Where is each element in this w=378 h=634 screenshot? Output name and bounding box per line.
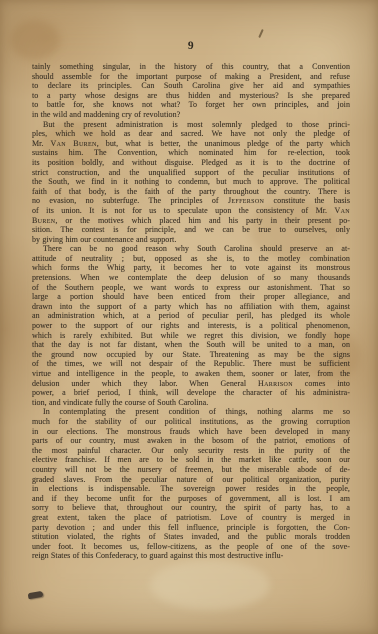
- text-line: in elections is indispensable. The sover…: [32, 484, 350, 494]
- text-line: to battle for, she knows not what? To fo…: [32, 100, 350, 110]
- text-line: attitude of neutrality ; but, opposed as…: [32, 254, 350, 264]
- text-line: in our elections. The monstrous frauds w…: [32, 427, 350, 437]
- text-line: sition. The contest is for principle, an…: [32, 225, 350, 235]
- text-line: sorry to believe that, throughout our co…: [32, 503, 350, 513]
- page-number: 9: [32, 40, 350, 52]
- text-line: delusion under which they labor. When Ge…: [32, 379, 350, 389]
- text-line: that the day is not far distant, when th…: [32, 340, 350, 350]
- text-line: There can be no good reason why South Ca…: [32, 244, 350, 254]
- ink-smudge: [28, 591, 44, 600]
- text-line: much for the stability of our political …: [32, 417, 350, 427]
- text-line: which forms the Whig party, it becomes h…: [32, 263, 350, 273]
- text-line: an administration which, at a period of …: [32, 311, 350, 321]
- text-line: to declare its principles. Can South Car…: [32, 81, 350, 91]
- text-line: graded slaves. From the peculiar nature …: [32, 475, 350, 485]
- text-line: faith of that body, is the faith of the …: [32, 187, 350, 197]
- text-line: of the Southern people, we want words to…: [32, 283, 350, 293]
- text-line: tion, and vindicate fully the course of …: [32, 398, 350, 408]
- text-line: sustains him. The Convention, which nomi…: [32, 148, 350, 158]
- text-line: great extent, taken the place of patriot…: [32, 513, 350, 523]
- text-line: elective franchise. If men are to be sol…: [32, 455, 350, 465]
- text-line: and if they become unfit for the purpose…: [32, 494, 350, 504]
- text-line: which is rarely exhibited. But while we …: [32, 331, 350, 341]
- text-line: the most painful character. Our only sec…: [32, 446, 350, 456]
- text-line: party devotion ; and under this fell inf…: [32, 523, 350, 533]
- text-line: But the present administration is most s…: [32, 120, 350, 130]
- text-line: tainly something singular, in the histor…: [32, 62, 350, 72]
- paragraph: tainly something singular, in the histor…: [32, 62, 350, 120]
- text-line: large a portion should have been enticed…: [32, 292, 350, 302]
- page-text: tainly something singular, in the histor…: [32, 62, 350, 561]
- text-line: of the times, we will not despair of the…: [32, 359, 350, 369]
- paragraph: In contemplating the present condition o…: [32, 407, 350, 561]
- text-line: virtue and intelligence in the people, t…: [32, 369, 350, 379]
- text-line: Buren, or the motives which placed him a…: [32, 216, 350, 226]
- document-page: 9 tainly something singular, in the hist…: [0, 0, 378, 634]
- text-line: no evasion, no subterfuge. The principle…: [32, 196, 350, 206]
- text-line: of its union. It is not for us to specul…: [32, 206, 350, 216]
- text-line: to a party whose designs are thus hidden…: [32, 91, 350, 101]
- text-line: country will not be the nursery of freem…: [32, 465, 350, 475]
- text-line: stitution violated, the rights of States…: [32, 532, 350, 542]
- text-line: under foot. It becomes us, fellow-citize…: [32, 542, 350, 552]
- text-line: pretensions. When we contemplate the dee…: [32, 273, 350, 283]
- text-line: should assemble for the important purpos…: [32, 72, 350, 82]
- text-line: power to the support of our rights and i…: [32, 321, 350, 331]
- text-line: parts of our country, must awaken in the…: [32, 436, 350, 446]
- text-line: Mr. Van Buren, but, what is better, the …: [32, 139, 350, 149]
- text-line: reign States of this Confederacy, to gua…: [32, 551, 350, 561]
- text-line: strict construction, and the unqualified…: [32, 168, 350, 178]
- paragraph: There can be no good reason why South Ca…: [32, 244, 350, 407]
- text-line: by giving him our countenance and suppor…: [32, 235, 350, 245]
- text-line: power, a brief period, I think, will dev…: [32, 388, 350, 398]
- text-line: the South, we find in it nothing to cond…: [32, 177, 350, 187]
- text-line: its position boldly, and without disguis…: [32, 158, 350, 168]
- text-line: the ground now occupied by our State. Th…: [32, 350, 350, 360]
- paper-stain: [150, 560, 270, 610]
- text-line: in the wild and maddening cry of revolut…: [32, 110, 350, 120]
- text-line: drawn into the support of a party which …: [32, 302, 350, 312]
- pen-mark: [258, 29, 263, 38]
- text-line: ples, which we hold as dear and sacred. …: [32, 129, 350, 139]
- text-line: In contemplating the present condition o…: [32, 407, 350, 417]
- paragraph: But the present administration is most s…: [32, 120, 350, 245]
